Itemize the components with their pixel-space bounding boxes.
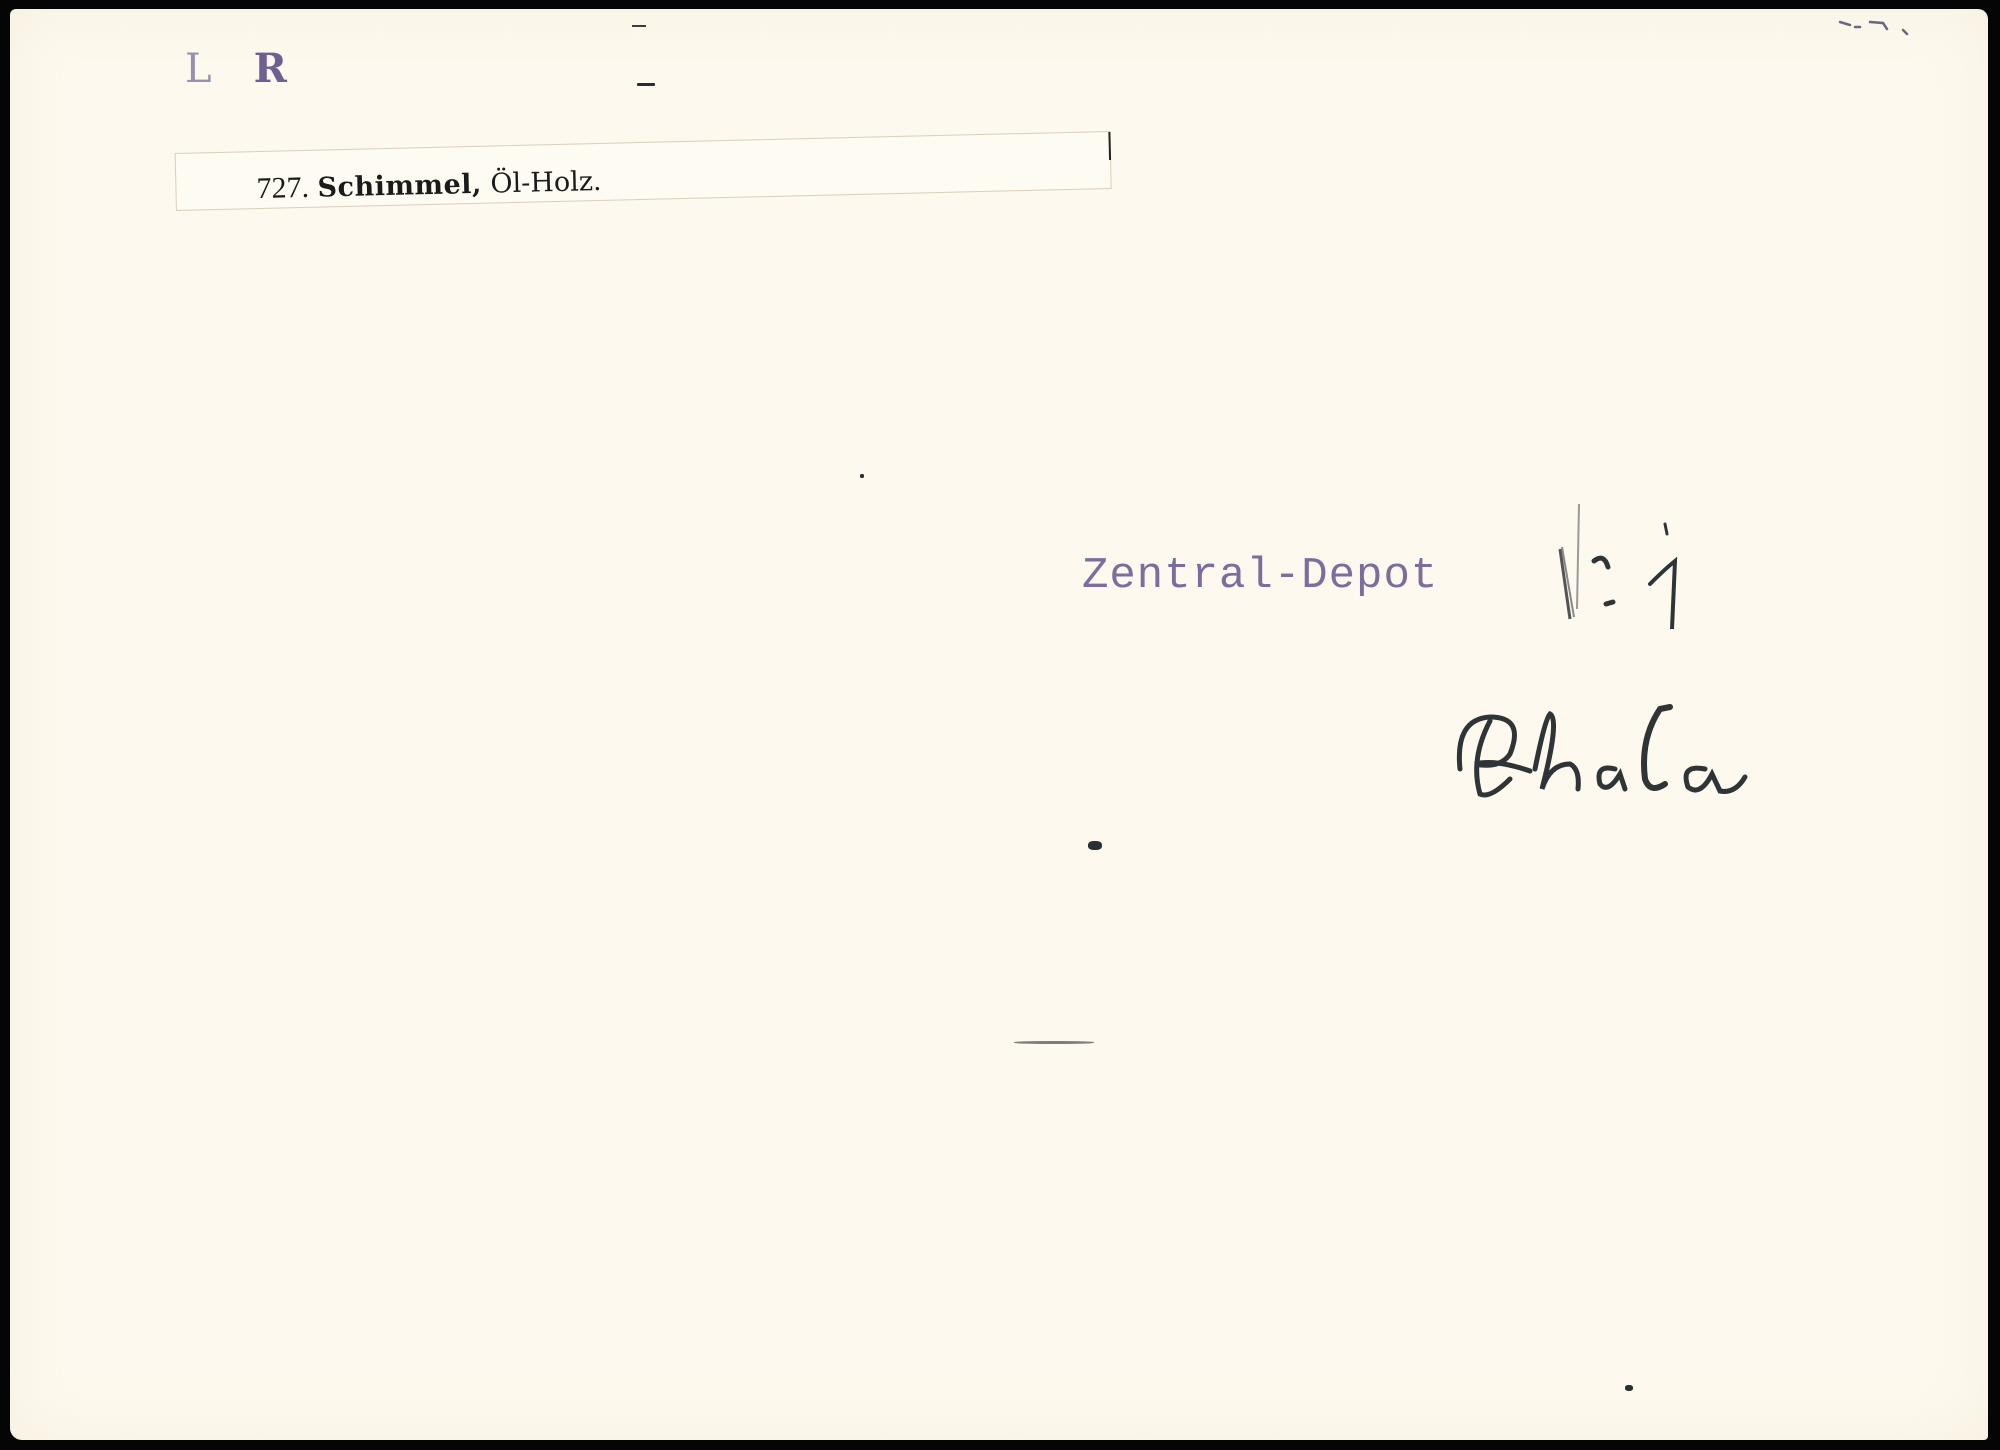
document-card: LR 727. Schimmel, Öl-Holz. Zentral-Depot: [10, 9, 1988, 1440]
catalog-number: 727.: [256, 171, 309, 205]
ink-mark-top: [632, 25, 646, 27]
catalog-label-text: 727. Schimmel, Öl-Holz.: [256, 164, 602, 206]
scan-frame: LR 727. Schimmel, Öl-Holz. Zentral-Depot: [0, 0, 2000, 1450]
catalog-label-strip: 727. Schimmel, Öl-Holz.: [175, 131, 1112, 211]
artwork-medium: Öl-Holz.: [490, 166, 602, 200]
ink-dash-mark: [637, 83, 655, 86]
zentral-depot-stamp: Zentral-Depot: [1082, 551, 1438, 601]
initials-stamp: LR: [185, 45, 289, 92]
artwork-title: Schimmel,: [317, 169, 482, 204]
ink-speck: [1014, 1041, 1094, 1044]
ink-speck: [860, 474, 864, 478]
ink-speck: [1625, 1385, 1633, 1391]
initials-stamp-letter-l: L: [185, 46, 214, 92]
handwritten-number-mark: [1550, 499, 1740, 629]
pencil-corner-marks: [1835, 19, 1945, 39]
initials-stamp-letter-r: R: [254, 45, 289, 92]
ink-speck: [1088, 841, 1102, 850]
handwritten-signature: [1450, 699, 1760, 809]
